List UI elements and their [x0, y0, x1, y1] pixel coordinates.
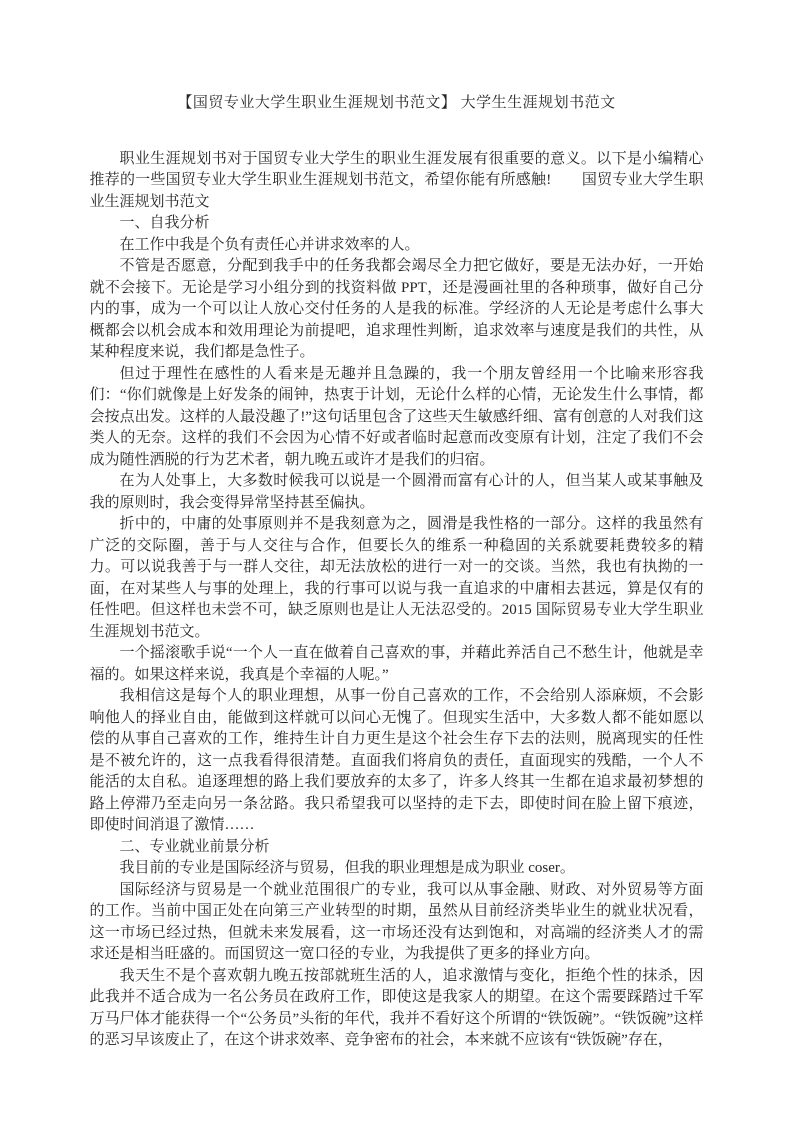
paragraph: 在工作中我是个负有责任心并讲求效率的人。 — [90, 235, 704, 257]
paragraph: 折中的，中庸的处事原则并不是我刻意为之，圆滑是我性格的一部分。这样的我虽然有广泛… — [90, 514, 704, 643]
paragraph: 在为人处事上，大多数时候我可以说是一个圆滑而富有心计的人，但当某人或某事触及我的… — [90, 471, 704, 514]
paragraph: 但过于理性在感性的人看来是无趣并且急躁的，我一个朋友曾经用一个比喻来形容我们：“… — [90, 364, 704, 472]
paragraph: 国际经济与贸易是一个就业范围很广的专业，我可以从事金融、财政、对外贸易等方面的工… — [90, 880, 704, 966]
paragraph: 不管是否愿意，分配到我手中的任务我都会竭尽全力把它做好，要是无法办好，一开始就不… — [90, 256, 704, 364]
paragraph: 我天生不是个喜欢朝九晚五按部就班生活的人，追求激情与变化，拒绝个性的抹杀，因此我… — [90, 966, 704, 1052]
document-body: 职业生涯规划书对于国贸专业大学生的职业生涯发展有很重要的意义。以下是小编精心推荐… — [90, 149, 704, 1052]
document-page: 【国贸专业大学生职业生涯规划书范文】 大学生生涯规划书范文 职业生涯规划书对于国… — [0, 0, 793, 1122]
section-heading-2: 二、专业就业前景分析 — [90, 837, 704, 859]
document-title: 【国贸专业大学生职业生涯规划书范文】 大学生生涯规划书范文 — [0, 93, 793, 115]
paragraph: 我相信这是每个人的职业理想，从事一份自己喜欢的工作，不会给别人添麻烦，不会影响他… — [90, 686, 704, 837]
paragraph-intro: 职业生涯规划书对于国贸专业大学生的职业生涯发展有很重要的意义。以下是小编精心推荐… — [90, 149, 704, 214]
paragraph: 我目前的专业是国际经济与贸易，但我的职业理想是成为职业 coser。 — [90, 858, 704, 880]
paragraph: 一个摇滚歌手说“一个人一直在做着自己喜欢的事，并藉此养活自己不愁生计，他就是幸福… — [90, 643, 704, 686]
section-heading-1: 一、自我分析 — [90, 213, 704, 235]
